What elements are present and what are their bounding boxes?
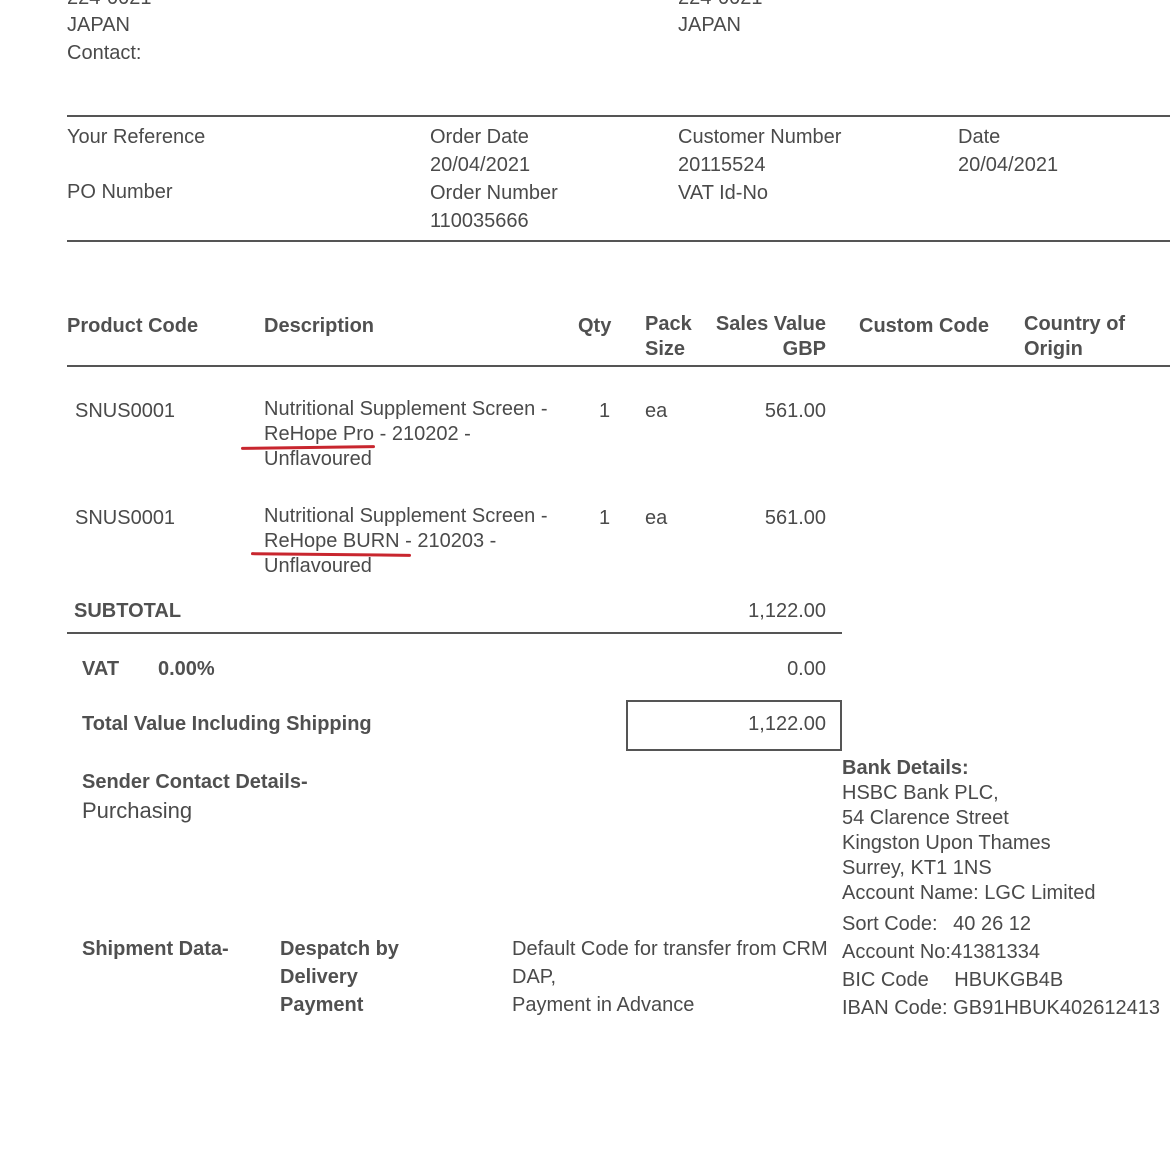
row-sales-value: 561.00 <box>705 504 826 532</box>
row-description-line3: Unflavoured <box>264 447 547 472</box>
customer-number-value: 20115524 <box>678 151 841 179</box>
vat-label: VAT <box>82 655 119 683</box>
total-label: Total Value Including Shipping <box>82 710 372 738</box>
bank-iban: IBAN Code: GB91HBUK402612413 <box>842 994 1160 1022</box>
payment-value: Payment in Advance <box>512 991 828 1019</box>
row-qty: 1 <box>599 504 610 532</box>
date-label: Date <box>958 123 1058 151</box>
right-address-country: JAPAN <box>678 11 741 39</box>
header-country-line1: Country of <box>1024 312 1125 337</box>
bank-city: Kingston Upon Thames <box>842 831 1160 856</box>
shipment-labels: Despatch by Delivery Payment <box>280 935 399 1019</box>
row-description-line3: Unflavoured <box>264 554 547 579</box>
customer-number-label: Customer Number <box>678 123 841 151</box>
row-product-code: SNUS0001 <box>75 504 175 532</box>
sender-contact-value: Purchasing <box>82 797 192 825</box>
your-reference-label: Your Reference <box>67 123 205 151</box>
customer-block: Customer Number 20115524 VAT Id-No <box>678 123 841 207</box>
iban-value: GB91HBUK402612413 <box>953 997 1160 1019</box>
bank-account-no: Account No:41381334 <box>842 938 1160 966</box>
bank-county-postcode: Surrey, KT1 1NS <box>842 856 1160 881</box>
row-description: Nutritional Supplement Screen - ReHope P… <box>264 397 547 472</box>
bic-value: HBUKGB4B <box>954 969 1063 991</box>
iban-label: IBAN Code: <box>842 997 948 1019</box>
row-description-line1: Nutritional Supplement Screen - <box>264 397 547 422</box>
header-sales-value: Sales Value GBP <box>705 312 826 362</box>
table-header-divider <box>67 365 1170 367</box>
row-description-line1: Nutritional Supplement Screen - <box>264 504 547 529</box>
row-description-line2: ReHope BURN - 210203 - <box>264 529 547 554</box>
order-number-value: 110035666 <box>430 207 558 235</box>
bic-label: BIC Code <box>842 969 929 991</box>
total-value: 1,122.00 <box>705 710 826 738</box>
bank-bic: BIC Code HBUKGB4B <box>842 966 1160 994</box>
payment-label: Payment <box>280 991 399 1019</box>
account-no-value: 41381334 <box>951 941 1040 963</box>
vat-id-label: VAT Id-No <box>678 179 841 207</box>
order-date-value: 20/04/2021 <box>430 151 558 179</box>
header-pack-size: Pack Size <box>645 312 692 362</box>
header-country-of-origin: Country of Origin <box>1024 312 1125 362</box>
bank-details-title: Bank Details: <box>842 756 1160 781</box>
account-no-label: Account No: <box>842 941 951 963</box>
bank-sort-code: Sort Code: 40 26 12 <box>842 910 1160 938</box>
despatch-label: Despatch by <box>280 935 399 963</box>
row-sales-value: 561.00 <box>705 397 826 425</box>
header-pack-size-line2: Size <box>645 337 692 362</box>
subtotal-divider <box>67 632 842 634</box>
po-number-label: PO Number <box>67 178 173 206</box>
subtotal-label: SUBTOTAL <box>74 597 181 625</box>
date-value: 20/04/2021 <box>958 151 1058 179</box>
shipment-values: Default Code for transfer from CRM DAP, … <box>512 935 828 1019</box>
sort-code-label: Sort Code: <box>842 913 938 935</box>
header-pack-size-line1: Pack <box>645 312 692 337</box>
row-product-code: SNUS0001 <box>75 397 175 425</box>
bank-name: HSBC Bank PLC, <box>842 781 1160 806</box>
header-custom-code: Custom Code <box>859 312 989 340</box>
header-description: Description <box>264 312 374 340</box>
left-address-country: JAPAN <box>67 11 130 39</box>
bank-street: 54 Clarence Street <box>842 806 1160 831</box>
header-qty: Qty <box>578 312 611 340</box>
order-date-label: Order Date <box>430 123 558 151</box>
delivery-value: DAP, <box>512 963 828 991</box>
header-product-code: Product Code <box>67 312 198 340</box>
delivery-label: Delivery <box>280 963 399 991</box>
row-pack-size: ea <box>645 504 667 532</box>
left-address-contact-label: Contact: <box>67 39 141 67</box>
date-block: Date 20/04/2021 <box>958 123 1058 179</box>
despatch-value: Default Code for transfer from CRM <box>512 935 828 963</box>
order-date-block: Order Date 20/04/2021 Order Number 11003… <box>430 123 558 235</box>
bank-account-name: Account Name: LGC Limited <box>842 881 1160 906</box>
row-qty: 1 <box>599 397 610 425</box>
row-pack-size: ea <box>645 397 667 425</box>
row-description-line2: ReHope Pro - 210202 - <box>264 422 547 447</box>
sort-code-value: 40 26 12 <box>953 913 1031 935</box>
order-number-label: Order Number <box>430 179 558 207</box>
sender-contact-label: Sender Contact Details- <box>82 768 308 796</box>
bank-details: Bank Details: HSBC Bank PLC, 54 Clarence… <box>842 756 1160 1022</box>
header-country-line2: Origin <box>1024 337 1125 362</box>
header-sales-value-line1: Sales Value <box>705 312 826 337</box>
row-description: Nutritional Supplement Screen - ReHope B… <box>264 504 547 579</box>
subtotal-value: 1,122.00 <box>705 597 826 625</box>
divider <box>67 115 1170 117</box>
vat-value: 0.00 <box>705 655 826 683</box>
shipment-data-label: Shipment Data- <box>82 935 229 963</box>
vat-rate: 0.00% <box>158 655 215 683</box>
divider <box>67 240 1170 242</box>
header-sales-value-line2: GBP <box>705 337 826 362</box>
